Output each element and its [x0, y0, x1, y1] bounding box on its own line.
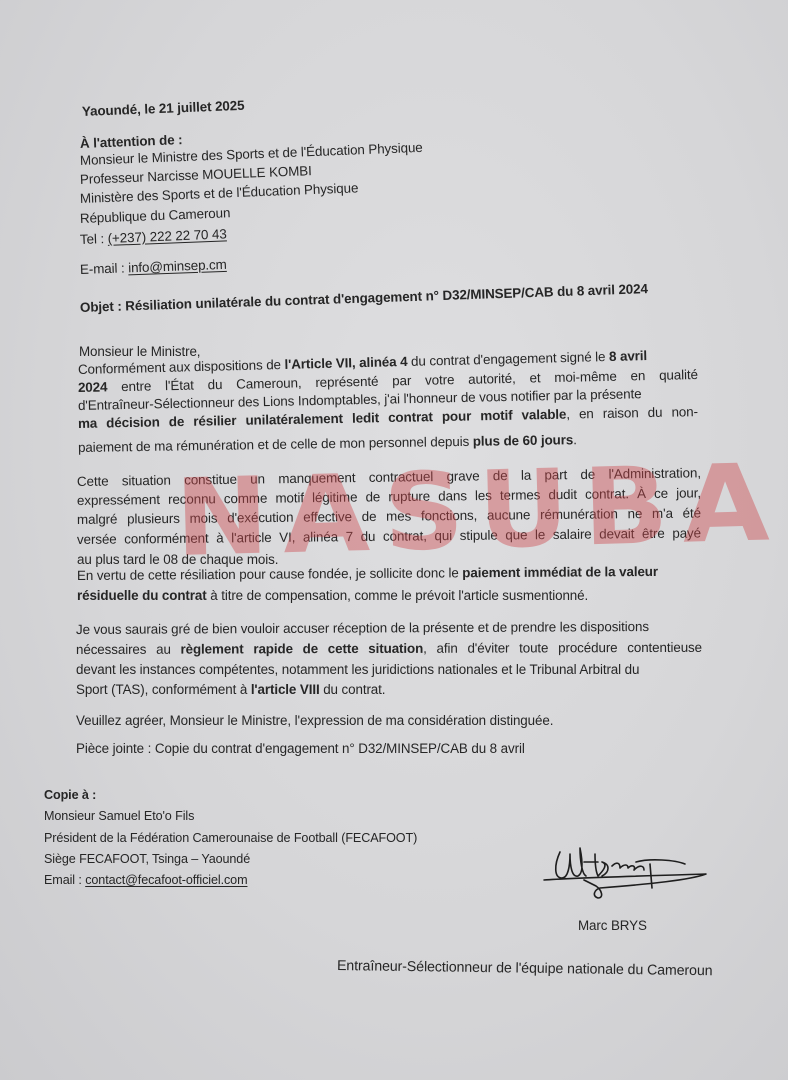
salutation: Monsieur le Ministre, — [79, 344, 200, 360]
tel-label: Tel : — [80, 231, 105, 247]
copy-line-3: Siège FECAFOOT, Tsinga – Yaoundé — [44, 851, 250, 867]
email-label: E-mail : — [80, 260, 125, 277]
bold-text: plus de 60 jours — [473, 432, 574, 449]
bold-text: 8 avril — [609, 348, 647, 364]
bold-text: résiduelle du contrat — [77, 588, 207, 603]
para2-line-3: malgré plusieurs mois d'exécution effect… — [77, 505, 701, 528]
text: nécessaires au — [76, 642, 181, 657]
closing-formula: Veuillez agréer, Monsieur le Ministre, l… — [76, 713, 553, 729]
recipient-line-4: République du Cameroun — [80, 205, 231, 227]
text: , en raison du non- — [566, 404, 698, 422]
bold-text: l'Article VII, alinéa 4 — [284, 354, 407, 372]
attachment-note: Pièce jointe : Copie du contrat d'engage… — [76, 741, 525, 757]
para4-line-4: Sport (TAS), conformément à l'article VI… — [76, 682, 385, 698]
para4-line-1: Je vous saurais gré de bien vouloir accu… — [76, 619, 649, 638]
text: du contrat d'engagement signé le — [407, 349, 609, 369]
para4-line-2: nécessaires au règlement rapide de cette… — [76, 640, 702, 658]
subject-line: Objet : Résiliation unilatérale du contr… — [80, 281, 648, 316]
bold-text: 2024 — [78, 379, 108, 395]
para3-line-2: résiduelle du contrat à titre de compens… — [77, 588, 588, 604]
signatory-name: Marc BRYS — [578, 918, 647, 934]
copy-email-label: Email : — [44, 873, 82, 887]
place-date: Yaoundé, le 21 juillet 2025 — [82, 98, 245, 120]
recipient-tel: Tel : (+237) 222 22 70 43 — [80, 226, 227, 248]
bold-text: paiement immédiat de la valeur — [462, 564, 658, 580]
copy-line-2: Président de la Fédération Camerounaise … — [44, 830, 417, 846]
recipient-email: E-mail : info@minsep.cm — [80, 257, 227, 278]
signatory-title: Entraîneur-Sélectionneur de l'équipe nat… — [337, 958, 713, 979]
text: à titre de compensation, comme le prévoi… — [207, 588, 589, 603]
text: , afin d'éviter toute procédure contenti… — [423, 640, 702, 656]
email-link[interactable]: info@minsep.cm — [128, 257, 227, 275]
copy-email-link[interactable]: contact@fecafoot-officiel.com — [85, 873, 247, 887]
para2-line-5: au plus tard le 08 de chaque mois. — [77, 552, 278, 568]
bold-text: l'article VIII — [251, 682, 320, 697]
para3-line-1: En vertu de cette résiliation pour cause… — [77, 564, 658, 584]
text: . — [573, 432, 577, 447]
copy-email: Email : contact@fecafoot-officiel.com — [44, 872, 247, 888]
bold-text: règlement rapide de cette situation — [180, 641, 423, 657]
letter-page: Yaoundé, le 21 juillet 2025 À l'attentio… — [0, 0, 788, 1080]
para2-line-4: versée conformément à l'article VI, alin… — [77, 525, 701, 548]
text: En vertu de cette résiliation pour cause… — [77, 565, 462, 583]
text: paiement de ma rémunération et de celle … — [78, 434, 473, 455]
text: du contrat. — [320, 682, 386, 697]
copy-heading: Copie à : — [44, 787, 96, 803]
signature-icon — [540, 840, 715, 915]
para4-line-3: devant les instances compétentes, notamm… — [76, 662, 639, 678]
text: Sport (TAS), conformément à — [76, 682, 251, 697]
para1-line-5: paiement de ma rémunération et de celle … — [78, 432, 577, 456]
tel-link[interactable]: (+237) 222 22 70 43 — [107, 226, 227, 246]
copy-line-1: Monsieur Samuel Eto'o Fils — [44, 808, 194, 824]
